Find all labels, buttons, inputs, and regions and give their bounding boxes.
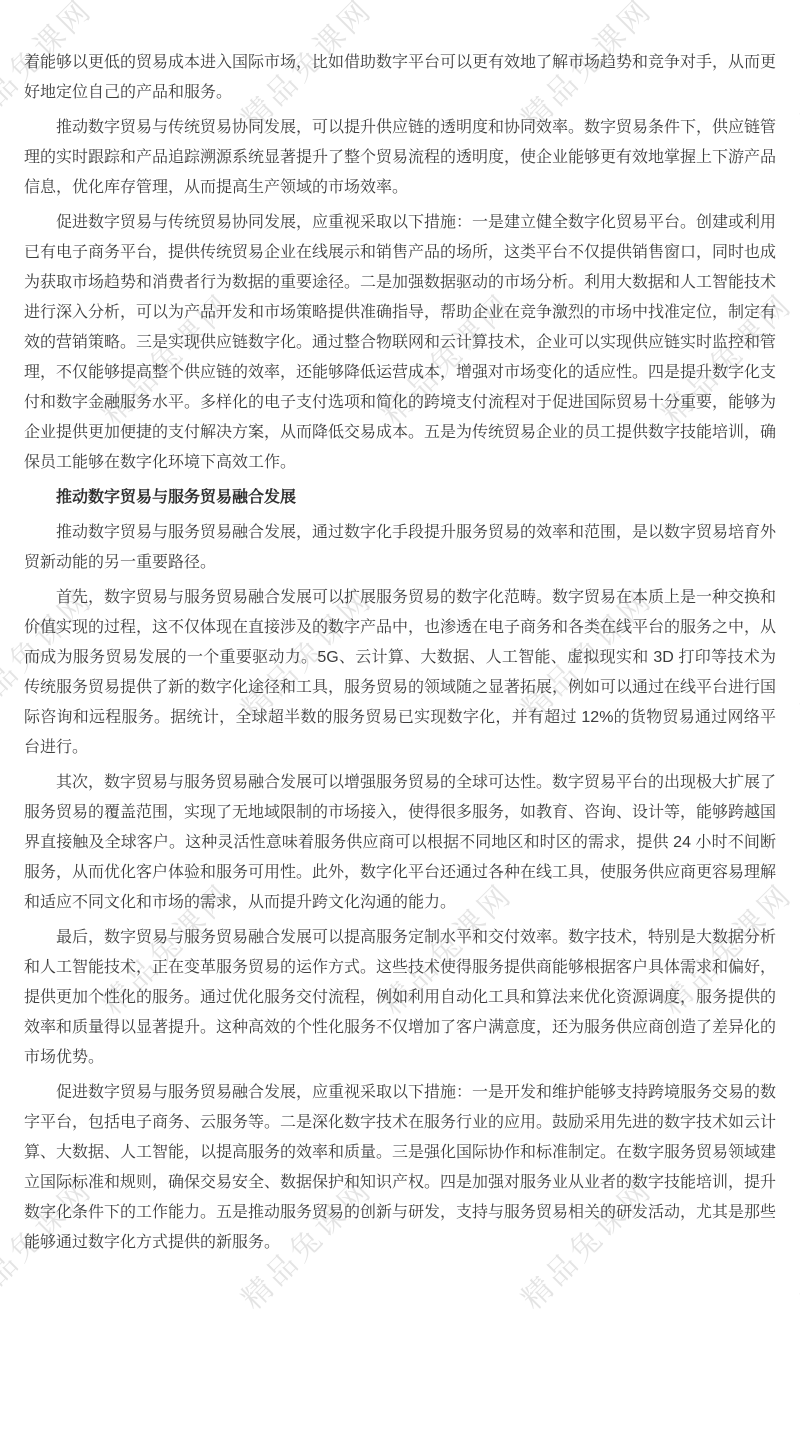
paragraph-first-point: 首先，数字贸易与服务贸易融合发展可以扩展服务贸易的数字化范畴。数字贸易在本质上是… [24,583,776,763]
document-page: 精品兔课网精品兔课网精品兔课网精品兔课网精品兔课网精品兔课网精品兔课网精品兔课网… [0,0,800,1441]
paragraph-second-point: 其次，数字贸易与服务贸易融合发展可以增强服务贸易的全球可达性。数字贸易平台的出现… [24,768,776,918]
paragraph-third-point: 最后，数字贸易与服务贸易融合发展可以提高服务定制水平和交付效率。数字技术，特别是… [24,923,776,1073]
section-heading-service-trade: 推动数字贸易与服务贸易融合发展 [24,483,776,513]
paragraph-traditional-trade-measures: 促进数字贸易与传统贸易协同发展，应重视采取以下措施：一是建立健全数字化贸易平台。… [24,208,776,478]
paragraph-supply-chain: 推动数字贸易与传统贸易协同发展，可以提升供应链的透明度和协同效率。数字贸易条件下… [24,113,776,203]
paragraph-continuation: 着能够以更低的贸易成本进入国际市场，比如借助数字平台可以更有效地了解市场趋势和竞… [24,48,776,108]
document-content: 着能够以更低的贸易成本进入国际市场，比如借助数字平台可以更有效地了解市场趋势和竞… [0,0,800,1258]
paragraph-service-trade-measures: 促进数字贸易与服务贸易融合发展，应重视采取以下措施：一是开发和维护能够支持跨境服… [24,1078,776,1258]
paragraph-service-trade-intro: 推动数字贸易与服务贸易融合发展，通过数字化手段提升服务贸易的效率和范围，是以数字… [24,518,776,578]
